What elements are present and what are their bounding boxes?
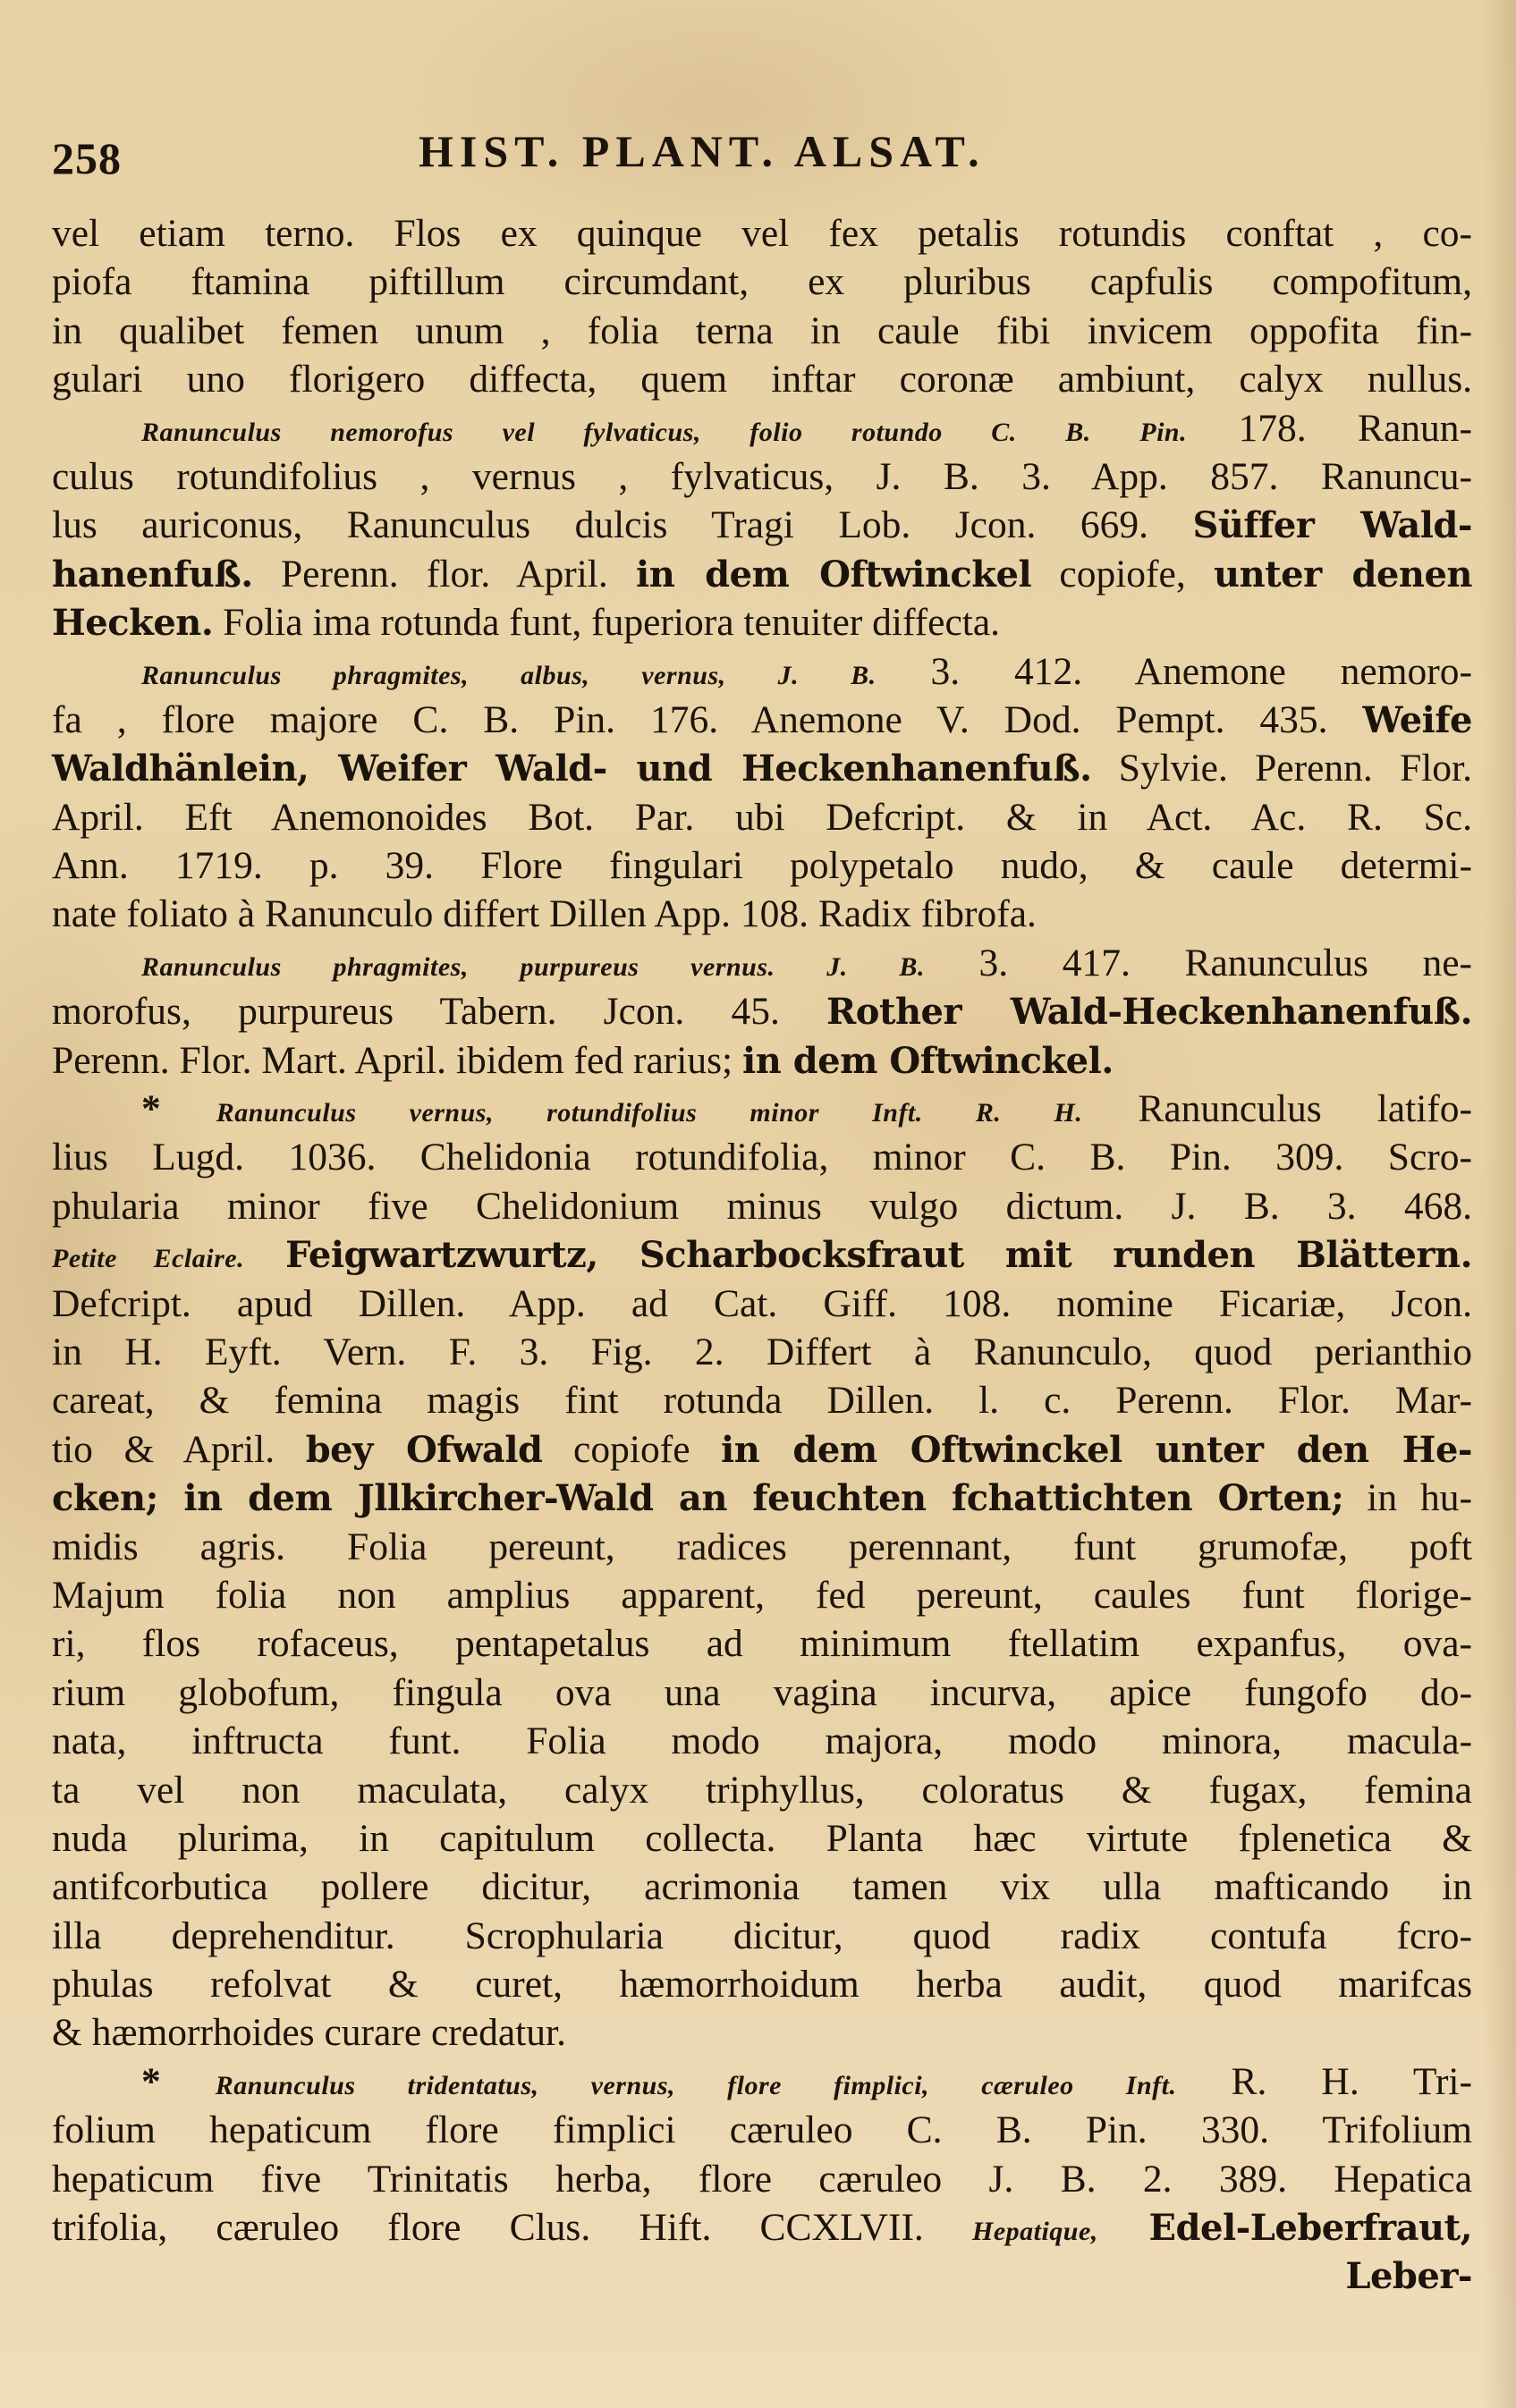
- text-line: cken; in dem Jllkircher-Wald an feuchten…: [52, 1474, 1472, 1522]
- text-line: rium globofum, fingula ova una vagina in…: [52, 1669, 1472, 1717]
- italic-latin-name: Ranunculus tridentatus, vernus, flore fi…: [216, 2071, 1177, 2100]
- italic-latin-name: Ranunculus phragmites, purpureus vernus.…: [141, 952, 925, 982]
- fraktur-german-name: Waldhänlein, Weifer Wald- und Heckenhane…: [52, 748, 1092, 790]
- roman-text: hepaticum five Trinitatis herba, flore c…: [52, 2158, 1472, 2201]
- roman-text: careat, & femina magis fint rotunda Dill…: [52, 1379, 1472, 1422]
- asterisk-mark: *: [141, 2060, 216, 2103]
- text-line: Ranunculus phragmites, purpureus vernus.…: [52, 939, 1472, 987]
- text-line: & hæmorrhoides curare credatur.: [52, 2008, 1472, 2057]
- text-line: in qualibet femen unum , folia terna in …: [52, 307, 1472, 355]
- text-line: phulas refolvat & curet, hæmorrhoidum he…: [52, 1960, 1472, 2008]
- fraktur-german-name: cken; in dem Jllkircher-Wald an feuchten…: [52, 1477, 1343, 1519]
- roman-text: Folia ima rotunda funt, fuperiora tenuit…: [213, 601, 1000, 644]
- italic-latin-name: Ranunculus phragmites, albus, vernus, J.…: [141, 661, 877, 690]
- roman-text: 178. Ranun-: [1187, 407, 1472, 450]
- fraktur-german-name: hanenfuß.: [52, 553, 253, 596]
- roman-text: Ranunculus latifo-: [1082, 1087, 1472, 1130]
- roman-text: nuda plurima, in capitulum collecta. Pla…: [52, 1817, 1472, 1860]
- text-line: Petite Eclaire. Feigwartzwurtz, Scharboc…: [52, 1230, 1472, 1279]
- fraktur-german-name: in dem Oftwinckel: [636, 553, 1031, 596]
- roman-text: rium globofum, fingula ova una vagina in…: [52, 1671, 1472, 1714]
- roman-text: & hæmorrhoides curare credatur.: [52, 2011, 566, 2054]
- roman-text: morofus, purpureus Tabern. Jcon. 45.: [52, 990, 826, 1033]
- text-line: fa , flore majore C. B. Pin. 176. Anemon…: [52, 696, 1472, 744]
- roman-text: Perenn. Flor. Mart. April. ibidem fed ra…: [52, 1039, 742, 1082]
- page-number: 258: [52, 132, 122, 184]
- roman-text: 3. 412. Anemone nemoro-: [877, 650, 1472, 693]
- roman-text: culus rotundifolius , vernus , fylvaticu…: [52, 455, 1472, 498]
- italic-latin-name: Ranunculus vernus, rotundifolius minor I…: [216, 1098, 1083, 1128]
- roman-text: phularia minor five Chelidonium minus vu…: [52, 1185, 1472, 1228]
- roman-text: Perenn. flor. April.: [253, 553, 636, 596]
- roman-text: April. Eft Anemonoides Bot. Par. ubi Def…: [52, 796, 1472, 839]
- roman-text: copiofe,: [1031, 553, 1214, 596]
- text-line: Defcript. apud Dillen. App. ad Cat. Giff…: [52, 1280, 1472, 1328]
- text-line: vel etiam terno. Flos ex quinque vel fex…: [52, 209, 1472, 258]
- fraktur-german-name: Leber-: [1345, 2255, 1472, 2297]
- text-line: lius Lugd. 1036. Chelidonia rotundifolia…: [52, 1133, 1472, 1181]
- fraktur-german-name: Weife: [1363, 699, 1472, 741]
- text-line: hanenfuß. Perenn. flor. April. in dem Of…: [52, 550, 1472, 598]
- text-line: gulari uno florigero diffecta, quem inft…: [52, 355, 1472, 403]
- roman-text: nate foliato à Ranunculo differt Dillen …: [52, 892, 1037, 935]
- roman-text: folium hepaticum flore fimplici cæruleo …: [52, 2108, 1472, 2151]
- roman-text: Ann. 1719. p. 39. Flore fingulari polype…: [52, 844, 1472, 887]
- text-line: Perenn. Flor. Mart. April. ibidem fed ra…: [52, 1036, 1472, 1085]
- roman-text: tio & April.: [52, 1428, 306, 1471]
- fraktur-german-name: in dem Oftwinckel.: [742, 1040, 1114, 1082]
- roman-text: nata, inftructa funt. Folia modo majora,…: [52, 1719, 1472, 1762]
- text-line: nuda plurima, in capitulum collecta. Pla…: [52, 1814, 1472, 1863]
- fraktur-german-name: bey Ofwald: [306, 1429, 543, 1471]
- body-text: vel etiam terno. Flos ex quinque vel fex…: [52, 209, 1472, 2301]
- text-line: piofa ftamina piftillum circumdant, ex p…: [52, 258, 1472, 306]
- roman-text: trifolia, cæruleo flore Clus. Hift. CCXL…: [52, 2206, 972, 2249]
- roman-text: fa , flore majore C. B. Pin. 176. Anemon…: [52, 698, 1363, 741]
- text-line: culus rotundifolius , vernus , fylvaticu…: [52, 452, 1472, 501]
- roman-text: phulas refolvat & curet, hæmorrhoidum he…: [52, 1963, 1472, 2006]
- fraktur-german-name: Edel-Leberfraut,: [1098, 2207, 1472, 2249]
- roman-text: antifcorbutica pollere dicitur, acrimoni…: [52, 1865, 1472, 1908]
- text-line: Waldhänlein, Weifer Wald- und Heckenhane…: [52, 744, 1472, 792]
- roman-text: vel etiam terno. Flos ex quinque vel fex…: [52, 212, 1472, 255]
- text-line: midis agris. Folia pereunt, radices pere…: [52, 1523, 1472, 1571]
- roman-text: midis agris. Folia pereunt, radices pere…: [52, 1525, 1472, 1568]
- fraktur-german-name: in dem Oftwinckel unter den He-: [721, 1429, 1472, 1471]
- roman-text: ta vel non maculata, calyx triphyllus, c…: [52, 1769, 1472, 1812]
- text-line: careat, & femina magis fint rotunda Dill…: [52, 1376, 1472, 1424]
- roman-text: Majum folia non amplius apparent, fed pe…: [52, 1574, 1472, 1617]
- roman-text: copiofe: [543, 1428, 722, 1471]
- text-line: * Ranunculus tridentatus, vernus, flore …: [52, 2057, 1472, 2106]
- text-line: phularia minor five Chelidonium minus vu…: [52, 1182, 1472, 1230]
- text-line: Ranunculus nemorofus vel fylvaticus, fol…: [52, 404, 1472, 452]
- asterisk-mark: *: [141, 1087, 216, 1130]
- running-title: HIST. PLANT. ALSAT.: [419, 125, 986, 177]
- roman-text: Sylvie. Perenn. Flor.: [1092, 747, 1472, 790]
- italic-latin-name: Hepatique,: [972, 2217, 1098, 2246]
- roman-text: Defcript. apud Dillen. App. ad Cat. Giff…: [52, 1282, 1472, 1325]
- text-line: April. Eft Anemonoides Bot. Par. ubi Def…: [52, 793, 1472, 841]
- roman-text: gulari uno florigero diffecta, quem inft…: [52, 358, 1472, 401]
- text-line: Hecken. Folia ima rotunda funt, fuperior…: [52, 598, 1472, 646]
- roman-text: illa deprehenditur. Scrophularia dicitur…: [52, 1914, 1472, 1957]
- text-line: Ranunculus phragmites, albus, vernus, J.…: [52, 647, 1472, 696]
- text-line: nate foliato à Ranunculo differt Dillen …: [52, 890, 1472, 938]
- roman-text: lus auriconus, Ranunculus dulcis Tragi L…: [52, 503, 1192, 546]
- fraktur-german-name: Hecken.: [52, 602, 213, 644]
- text-line: Majum folia non amplius apparent, fed pe…: [52, 1571, 1472, 1619]
- italic-latin-name: Petite Eclaire.: [52, 1244, 244, 1273]
- running-head: 258 HIST. PLANT. ALSAT.: [52, 125, 1215, 188]
- fraktur-german-name: unter denen: [1214, 553, 1472, 596]
- fraktur-german-name: Feigwartzwurtz, Scharbocksfraut mit rund…: [244, 1234, 1472, 1276]
- text-line: in H. Eyft. Vern. F. 3. Fig. 2. Differt …: [52, 1328, 1472, 1376]
- roman-text: ri, flos rofaceus, pentapetalus ad minim…: [52, 1622, 1472, 1665]
- roman-text: in qualibet femen unum , folia terna in …: [52, 309, 1472, 352]
- roman-text: in H. Eyft. Vern. F. 3. Fig. 2. Differt …: [52, 1331, 1472, 1373]
- text-line: hepaticum five Trinitatis herba, flore c…: [52, 2155, 1472, 2203]
- text-line: tio & April. bey Ofwald copiofe in dem O…: [52, 1425, 1472, 1474]
- roman-text: lius Lugd. 1036. Chelidonia rotundifolia…: [52, 1136, 1472, 1179]
- roman-text: piofa ftamina piftillum circumdant, ex p…: [52, 260, 1472, 303]
- fraktur-german-name: Süffer Wald-: [1192, 504, 1472, 546]
- text-line: ta vel non maculata, calyx triphyllus, c…: [52, 1766, 1472, 1814]
- italic-latin-name: Ranunculus nemorofus vel fylvaticus, fol…: [141, 418, 1187, 447]
- text-line: ri, flos rofaceus, pentapetalus ad minim…: [52, 1619, 1472, 1668]
- text-line: * Ranunculus vernus, rotundifolius minor…: [52, 1085, 1472, 1133]
- text-line: lus auriconus, Ranunculus dulcis Tragi L…: [52, 501, 1472, 549]
- text-line: trifolia, cæruleo flore Clus. Hift. CCXL…: [52, 2203, 1472, 2252]
- text-line: antifcorbutica pollere dicitur, acrimoni…: [52, 1863, 1472, 1911]
- fraktur-german-name: Rother Wald-Heckenhanenfuß.: [826, 991, 1472, 1033]
- text-line: morofus, purpureus Tabern. Jcon. 45. Rot…: [52, 987, 1472, 1035]
- text-line: illa deprehenditur. Scrophularia dicitur…: [52, 1912, 1472, 1960]
- roman-text: 3. 417. Ranunculus ne-: [925, 942, 1472, 984]
- book-page: 258 HIST. PLANT. ALSAT. vel etiam terno.…: [0, 0, 1516, 2408]
- roman-text: in hu-: [1343, 1476, 1472, 1519]
- text-line: Leber-: [52, 2252, 1472, 2300]
- roman-text: R. H. Tri-: [1177, 2060, 1473, 2103]
- text-line: nata, inftructa funt. Folia modo majora,…: [52, 1717, 1472, 1765]
- text-line: folium hepaticum flore fimplici cæruleo …: [52, 2106, 1472, 2154]
- text-line: Ann. 1719. p. 39. Flore fingulari polype…: [52, 841, 1472, 890]
